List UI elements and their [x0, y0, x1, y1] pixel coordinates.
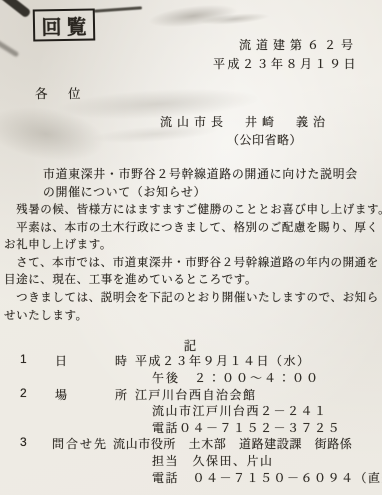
- item-3-staff: 担当 久保田、片山: [152, 452, 274, 469]
- scan-pencil-smudge-2: [200, 11, 271, 27]
- sender-name: 流山市長 井崎 義治: [160, 113, 330, 130]
- body-line: お礼申し上げます。: [4, 237, 378, 255]
- subject-line-1: 市道東深井・市野谷２号幹線道路の開通に向けた説明会: [43, 165, 358, 182]
- scan-smudge-left-edge: [0, 99, 109, 169]
- body-line: つきましては、説明会を下記のとおり開催いたしますので、お知ら: [4, 290, 378, 308]
- body-text: 残暑の候、皆様方にはますますご健勝のこととお喜び申し上げます。 平素は、本市の土…: [4, 202, 378, 325]
- issue-date: 平成２３年８月１９日: [213, 55, 358, 72]
- item-2-address: 流山市江戸川台西２－２４１: [152, 402, 328, 419]
- item-1-number: 1: [20, 352, 27, 366]
- scan-dash-mark: [94, 6, 142, 12]
- item-1-label: 日 時: [55, 352, 135, 369]
- scan-pencil-smudge: [147, 1, 239, 32]
- item-2-label: 場 所: [55, 386, 135, 403]
- item-3-number: 3: [20, 435, 27, 449]
- scan-corner-fold-mark: [0, 0, 31, 18]
- item-3-phone: 電話 ０４－７１５０－６０９４（直通）: [152, 469, 382, 486]
- item-2-number: 2: [20, 386, 27, 400]
- item-3-label: 問合せ先: [52, 435, 108, 452]
- body-line: せいたします。: [4, 308, 378, 326]
- circulation-stamp: 回覧: [33, 8, 96, 41]
- body-line: さて、本市では、市道東深井・市野谷２号幹線道路の年内の開通を: [4, 255, 378, 273]
- body-line: 平素は、本市の土木行政につきまして、格別のご配慮を賜り、厚く: [4, 220, 378, 238]
- body-line: 目途に、現在、工事を進めているところです。: [4, 272, 378, 290]
- item-2-venue: 江戸川台西自治会館: [135, 386, 257, 403]
- subject-line-2: の開催について（お知らせ）: [43, 183, 206, 200]
- scanned-notice-page: 回覧 流道建第６２号 平成２３年８月１９日 各 位 流山市長 井崎 義治 （公印…: [0, 0, 382, 495]
- document-number: 流道建第６２号: [239, 36, 358, 53]
- scan-edge-mark: [0, 39, 19, 57]
- body-line: 残暑の候、皆様方にはますますご健勝のこととお喜び申し上げます。: [4, 202, 378, 220]
- item-3-office: 流山市役所 土木部 道路建設課 街路係: [113, 435, 352, 452]
- sender-seal-note: （公印省略）: [227, 131, 302, 148]
- item-1-time-range: 午後 ２：００～４：００: [152, 369, 320, 386]
- item-2-phone: 電話０４－７１５２－３７２５: [152, 419, 341, 436]
- item-1-datetime: 平成２３年９月１４日（水）: [135, 352, 311, 369]
- recipient-line: 各 位: [35, 84, 85, 102]
